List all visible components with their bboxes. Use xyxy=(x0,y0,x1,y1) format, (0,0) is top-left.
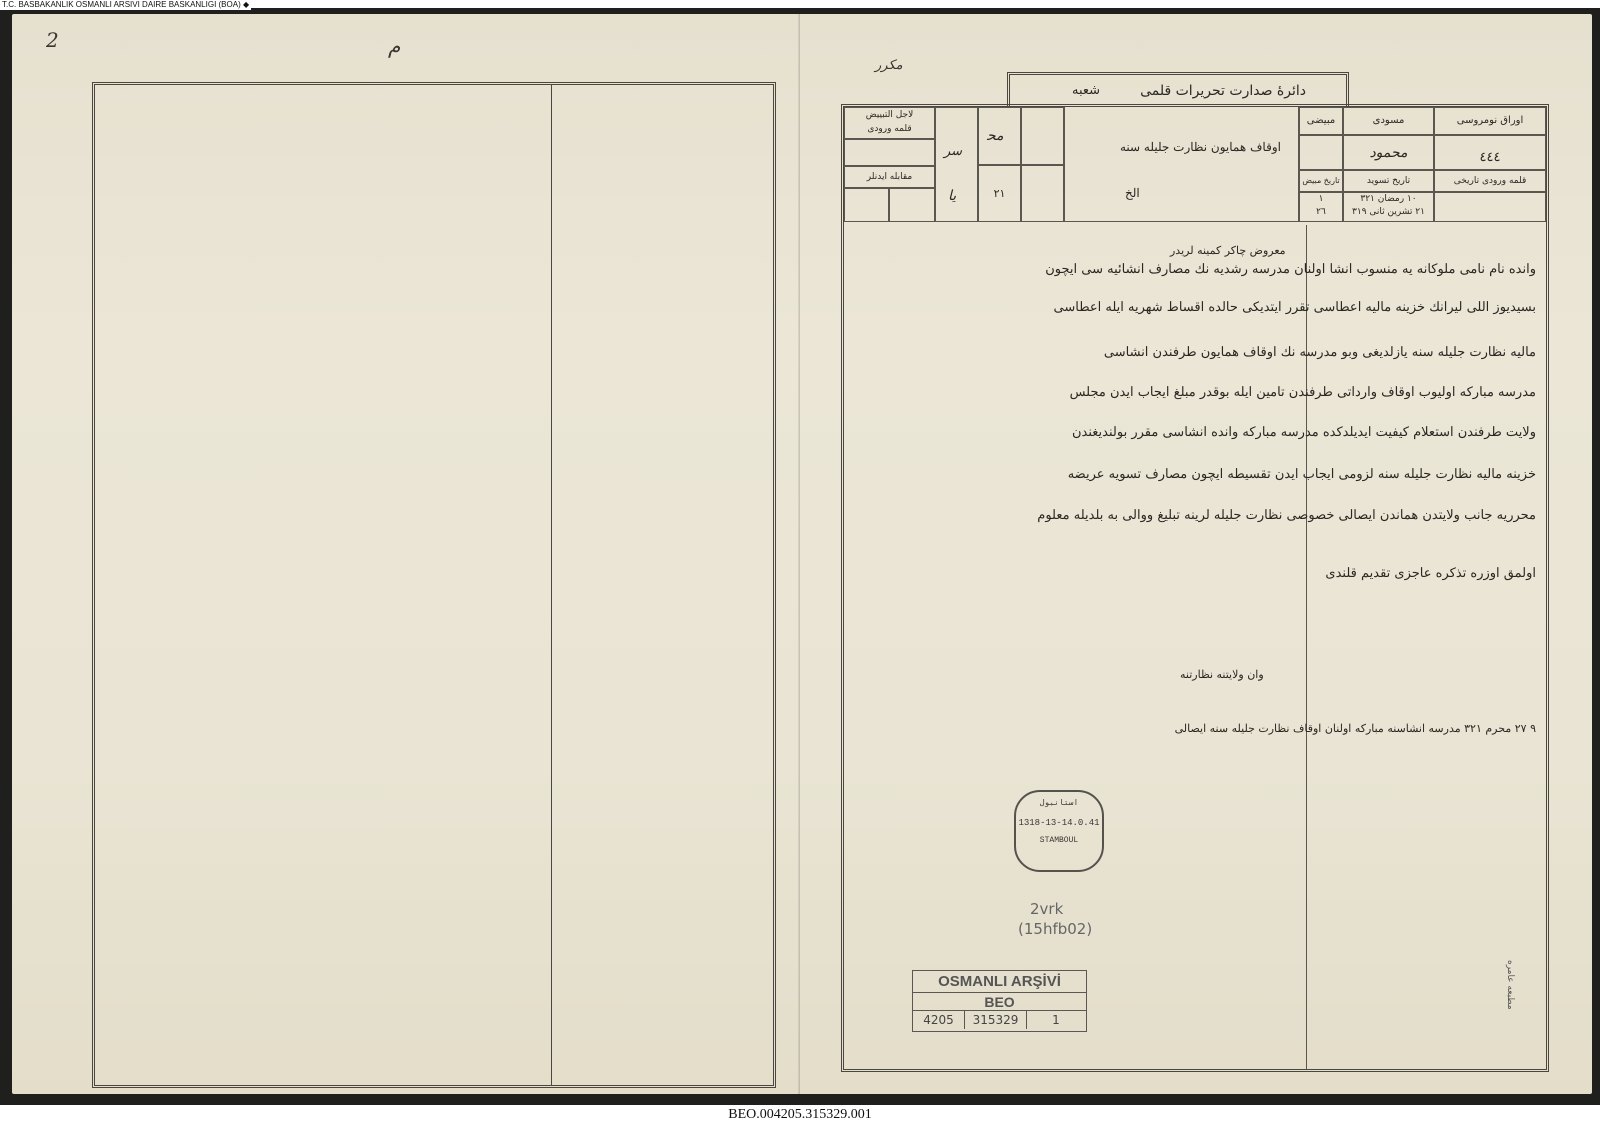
arrow-icon: ◆ xyxy=(243,0,249,9)
top-mark-right: مكرر xyxy=(875,58,903,73)
body-line-3: ماليه نظارت جليله سنه يازلديغى وبو مدرسه… xyxy=(850,345,1536,360)
postmark-bottom: STAMBOUL xyxy=(1016,836,1102,845)
tesvid-date-1: ١٠ رمضان ٣٢١ xyxy=(1344,193,1433,206)
tebyiz-value-cell xyxy=(844,139,935,166)
body-line-8: اولمق اوزره تذكره عاجزى تقديم قلندى xyxy=(1080,566,1536,581)
tebyiz-header-cell: لاجل التبييض قلمه ورودى xyxy=(844,107,935,139)
body-line-1: وانده نام نامى ملوكانه يه منسوب انشا اول… xyxy=(850,262,1536,277)
mukabele-header-cell: مقابله ايدنلر xyxy=(844,166,935,188)
musevvid-signature-cell: محمود xyxy=(1343,135,1434,170)
header-evrak-no: اوراق نومروسى xyxy=(1434,107,1546,135)
section-label: شعبه xyxy=(1072,83,1100,98)
header-tarih-mubeyyiz: تاريخ مبيض xyxy=(1299,170,1343,192)
postmark-top: استانبول xyxy=(1016,798,1102,808)
mukabele-cell-2 xyxy=(889,188,935,222)
footer-line: ٩ ٢٧ محرم ٣٢١ مدرسه انشاسنه مباركه اولنا… xyxy=(850,722,1536,735)
subject-text: اوقاف همايون نظارت جليله سنه xyxy=(1120,140,1281,154)
blank-cell-bottom xyxy=(1021,165,1064,222)
archive-title: OSMANLI ARŞİVİ xyxy=(913,971,1086,993)
archive-dosya: 4205 xyxy=(913,1011,965,1029)
archive-fond: BEO xyxy=(913,993,1086,1011)
archive-stamp: OSMANLI ARŞİVİ BEO 4205 315329 1 xyxy=(912,970,1087,1032)
archive-gomlek: 315329 xyxy=(965,1011,1027,1029)
musevvid-signature: محمود xyxy=(1369,145,1407,161)
archive-ids: 4205 315329 1 xyxy=(913,1011,1086,1029)
signature-column-2-top: ﻣﺤ xyxy=(978,107,1021,165)
header-kaleme-vurud: قلمه ورودى تاريخى xyxy=(1434,170,1546,192)
mubeyyiz-date-2: ٢٦ xyxy=(1300,206,1342,219)
left-page: 2 م xyxy=(12,14,800,1094)
mubeyyiz-date-1: ١ xyxy=(1300,193,1342,206)
evrak-no-cell: ٤٤٤ xyxy=(1434,135,1546,170)
body-line-7: محرريه جانب ولايتدن هماندن ايصالى خصوصى … xyxy=(850,508,1536,523)
archive-sira: 1 xyxy=(1027,1011,1085,1029)
signoff: وان ولايتنه نظارتنه xyxy=(1180,668,1264,681)
body-line-6: خزينه ماليه نظارت جليله سنه لزومى ايجاب … xyxy=(850,467,1536,482)
signature-column-1: ﺳﺮ ﯾﺎ xyxy=(935,107,978,222)
body-line-4: مدرسه مبارکه اوليوب اوقاف وارداتى طرفندن… xyxy=(850,385,1536,400)
header-tarih-tesvid: تاريخ تسويد xyxy=(1343,170,1434,192)
mubeyyiz-cell xyxy=(1299,135,1343,170)
header-mubeyyiz: مبيضى xyxy=(1299,107,1343,135)
mubeyyiz-dates-cell: ١ ٢٦ xyxy=(1299,192,1343,222)
postmark-date: 1318-13-14.0.41 xyxy=(1016,818,1102,828)
signature-mark-1: ﺳﺮ xyxy=(944,144,962,159)
left-frame-divider xyxy=(551,85,552,1085)
signature-mark-3: ﻣﺤ xyxy=(987,128,1004,144)
top-mark: م xyxy=(388,34,400,58)
blank-cell-top xyxy=(1021,107,1064,165)
form-title-tab: دائرهٔ صدارت تحريرات قلمى شعبه xyxy=(1007,72,1349,108)
tesvid-date-2: ٢١ تشرين ثانى ٣١٩ xyxy=(1344,206,1433,219)
postmark-stamp: استانبول 1318-13-14.0.41 STAMBOUL xyxy=(1014,790,1104,872)
watermark-text: T.C. BASBAKANLIK OSMANLI ARSIVI DAIRE BA… xyxy=(2,0,241,9)
subject-sub: الخ xyxy=(1125,186,1140,200)
pencil-note-2: (15hfb02) xyxy=(1018,920,1092,938)
kaleme-vurud-date-cell xyxy=(1434,192,1546,222)
page-number: 2 xyxy=(46,28,59,52)
form-title: دائرهٔ صدارت تحريرات قلمى xyxy=(1140,83,1306,99)
body-line-5: ولايت طرفندن استعلام كيفيت ايديلدكده مدر… xyxy=(850,425,1536,440)
number-cell: ٢١ xyxy=(978,165,1021,222)
archive-watermark-header: T.C. BASBAKANLIK OSMANLI ARSIVI DAIRE BA… xyxy=(0,0,251,10)
reference-code: BEO.004205.315329.001 xyxy=(0,1107,1600,1123)
tebyiz-header-2: قلمه ورودى xyxy=(845,122,934,136)
subject-cell xyxy=(1064,107,1299,222)
mukabele-cell-1 xyxy=(844,188,889,222)
signature-mark-2: ﯾﺎ xyxy=(948,188,956,204)
left-page-frame xyxy=(92,82,776,1088)
tebyiz-header-1: لاجل التبييض xyxy=(845,108,934,122)
margin-note: مطبعه عامره xyxy=(1505,960,1515,1010)
tesvid-dates-cell: ١٠ رمضان ٣٢١ ٢١ تشرين ثانى ٣١٩ xyxy=(1343,192,1434,222)
header-musevvid: مسودى xyxy=(1343,107,1434,135)
body-line-2: بسيديوز اللى ليرانك خزينه ماليه اعطاسى ت… xyxy=(850,300,1536,315)
evrak-no-value: ٤٤٤ xyxy=(1480,150,1501,165)
body-greeting: معروض چاكر كمينه لريدر xyxy=(1170,244,1286,257)
pencil-note-1: 2vrk xyxy=(1030,900,1063,918)
